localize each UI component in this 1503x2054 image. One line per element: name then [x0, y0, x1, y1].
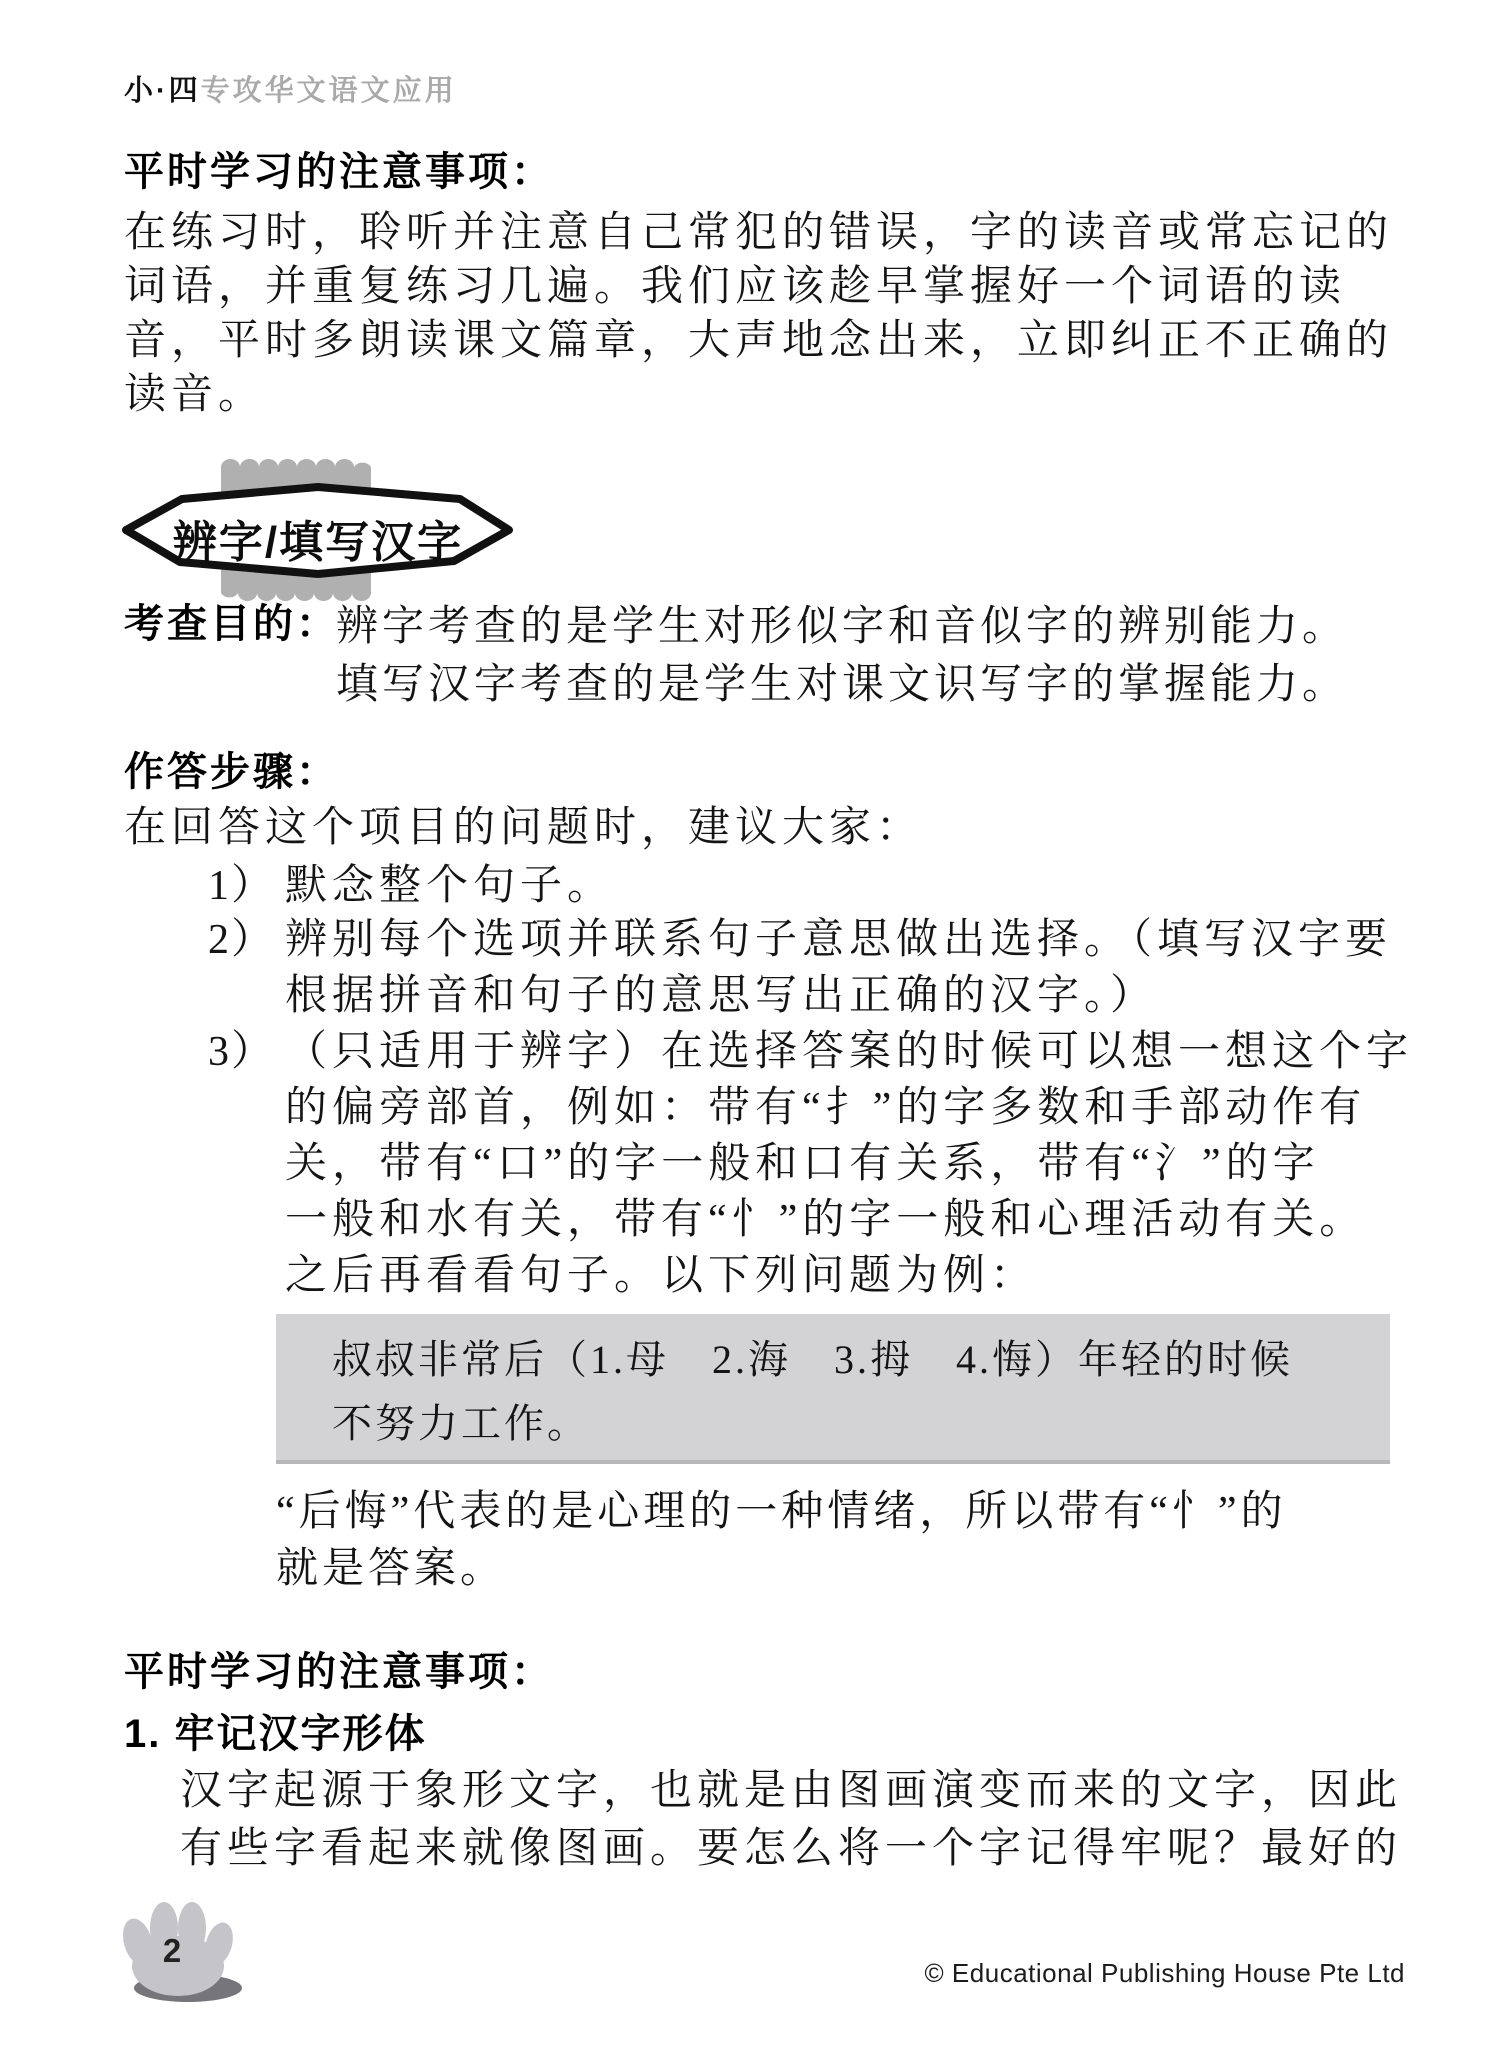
copyright-notice: © Educational Publishing House Pte Ltd — [900, 1958, 1405, 1989]
steps-intro: 在回答这个项目的问题时，建议大家： — [124, 801, 923, 855]
example-line: 叔叔非常后（1.母 2.海 3.拇 4.悔）年轻的时候 — [332, 1328, 1293, 1392]
step-line: 辨别每个选项并联系句子意思做出选择。（填写汉字要 — [285, 912, 1392, 968]
paragraph-line: 在练习时，聆听并注意自己常犯的错误，字的读音或常忘记的 — [124, 206, 1393, 260]
purpose-line: 填写汉字考查的是学生对课文识写字的掌握能力。 — [336, 656, 1348, 714]
example-question-text: 叔叔非常后（1.母 2.海 3.拇 4.悔）年轻的时候 不努力工作。 — [332, 1328, 1293, 1456]
example-question-box: 叔叔非常后（1.母 2.海 3.拇 4.悔）年轻的时候 不努力工作。 — [276, 1314, 1390, 1464]
purpose-label: 考查目的： — [124, 600, 339, 648]
step-line: 根据拼音和句子的意思写出正确的汉字。） — [285, 968, 1392, 1024]
paragraph-line: 有些字看起来就像图画。要怎么将一个字记得牢呢？最好的 — [180, 1820, 1402, 1878]
textbook-page: 小·四专攻华文语文应用 平时学习的注意事项： 在练习时，聆听并注意自己常犯的错误… — [0, 0, 1503, 2054]
step-item-2: 2） 辨别每个选项并联系句子意思做出选择。（填写汉字要 根据拼音和句子的意思写出… — [208, 912, 1392, 1024]
explanation-line: “后悔”代表的是心理的一种情绪，所以带有“忄”的 — [276, 1484, 1287, 1541]
paragraph-line: 读音。 — [124, 368, 1393, 422]
example-explanation: “后悔”代表的是心理的一种情绪，所以带有“忄”的 就是答案。 — [276, 1484, 1287, 1598]
step-text: 辨别每个选项并联系句子意思做出选择。（填写汉字要 根据拼音和句子的意思写出正确的… — [285, 912, 1392, 1024]
paragraph-line: 汉字起源于象形文字，也就是由图画演变而来的文字，因此 — [180, 1762, 1402, 1820]
page-number: 2 — [152, 1932, 192, 1970]
step-number: 2） — [208, 912, 275, 968]
section2-heading: 平时学习的注意事项： — [124, 1648, 554, 1696]
section1-paragraph: 在练习时，聆听并注意自己常犯的错误，字的读音或常忘记的 词语，并重复练习几遍。我… — [124, 206, 1393, 422]
badge-label: 辨字/填写汉字 — [120, 506, 516, 570]
step-line: 的偏旁部首，例如：带有“扌”的字多数和手部动作有 — [285, 1080, 1413, 1136]
steps-heading: 作答步骤： — [124, 748, 339, 796]
purpose-line: 辨字考查的是学生对形似字和音似字的辨别能力。 — [336, 598, 1348, 656]
purpose-text: 辨字考查的是学生对形似字和音似字的辨别能力。 填写汉字考查的是学生对课文识写字的… — [336, 598, 1348, 714]
step-number: 1） — [208, 858, 275, 914]
page-number-paw: 2 — [112, 1900, 252, 2004]
step-text: （只适用于辨字）在选择答案的时候可以想一想这个字 的偏旁部首，例如：带有“扌”的… — [285, 1024, 1413, 1304]
step-line: 默念整个句子。 — [285, 858, 614, 914]
running-head-title: 专攻华文语文应用 — [201, 75, 457, 107]
step-item-1: 1） 默念整个句子。 — [208, 858, 614, 914]
topic-badge: 辨字/填写汉字 — [120, 455, 516, 605]
paragraph-line: 词语，并重复练习几遍。我们应该趁早掌握好一个词语的读 — [124, 260, 1393, 314]
example-line: 不努力工作。 — [332, 1392, 1293, 1456]
step-line: 关，带有“口”的字一般和口有关系，带有“氵”的字 — [285, 1136, 1413, 1192]
step-line: （只适用于辨字）在选择答案的时候可以想一想这个字 — [285, 1024, 1413, 1080]
step-number: 3） — [208, 1024, 275, 1080]
step-line: 一般和水有关，带有“忄”的字一般和心理活动有关。 — [285, 1192, 1413, 1248]
running-head: 小·四专攻华文语文应用 — [124, 68, 457, 109]
paragraph-line: 音，平时多朗读课文篇章，大声地念出来，立即纠正不正确的 — [124, 314, 1393, 368]
step-text: 默念整个句子。 — [285, 858, 614, 914]
section2-item1-heading: 1. 牢记汉字形体 — [124, 1710, 426, 1758]
running-head-grade: 小·四 — [124, 75, 201, 107]
section2-paragraph: 汉字起源于象形文字，也就是由图画演变而来的文字，因此 有些字看起来就像图画。要怎… — [180, 1762, 1402, 1878]
explanation-line: 就是答案。 — [276, 1541, 1287, 1598]
step-item-3: 3） （只适用于辨字）在选择答案的时候可以想一想这个字 的偏旁部首，例如：带有“… — [208, 1024, 1413, 1304]
section1-heading: 平时学习的注意事项： — [124, 148, 554, 196]
step-line: 之后再看看句子。以下列问题为例： — [285, 1248, 1413, 1304]
